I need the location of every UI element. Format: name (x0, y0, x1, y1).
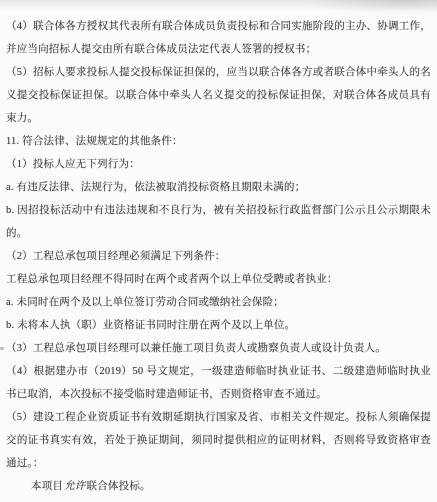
text-line: 义提交投标保证担保。以联合体中牵头人名义提交的投标保证担保，对联合体各成员具有约 (6, 84, 431, 107)
clause-heading: 11. 符合法律、法规规定的其他条件： (6, 130, 431, 153)
scan-smudge-corner (307, 0, 437, 15)
list-item: a. 未同时在两个及以上单位签订劳动合同或缴纳社会保险； (6, 291, 431, 314)
document-page: （4）联合体各方授权其代表所有联合体成员负责投标和合同实施阶段的主办、协调工作，… (0, 0, 437, 502)
closing-suffix: 联合体投标。 (87, 481, 151, 492)
scan-speck (0, 347, 4, 350)
closing-prefix: 本项目 (31, 481, 63, 492)
clause-subheading: （4）根据建办市（2019）50 号文规定，一级建造师临时执业证书、二级建造师临… (6, 360, 431, 383)
list-item: b. 未将本人执（职）业资格证书同时注册在两个及以上单位。 (6, 314, 431, 337)
text-line: 的。 (6, 222, 431, 245)
text-line: 并应当向招标人提交由所有联合体成员法定代表人签署的授权书； (6, 38, 431, 61)
text-line: 交的证书真实有效，若处于换证期间，须同时提供相应的证明材料，否则将导致资格审查不 (6, 429, 431, 452)
text-line: 书已取消，本次投标不接受临时建造师证书，否则资格审查不通过。 (6, 383, 431, 406)
closing-line: 本项目允许联合体投标。 (6, 475, 431, 498)
list-item: b. 因招投标活动中有违法违规和不良行为，被有关招投标行政监督部门公示且公示期限… (6, 199, 431, 222)
scan-smudge-top (0, 0, 437, 11)
text-line: 通过。： (6, 452, 431, 475)
list-item: a. 有违反法律、法规行为，依法被取消投标资格且期限未满的； (6, 176, 431, 199)
clause-subheading: （2）工程总承包项目经理必须满足下列条件： (6, 245, 431, 268)
clause-subheading: （5）建设工程企业资质证书有效期延期执行国家及省、市相关文件规定。投标人须确保提 (6, 406, 431, 429)
text-line: 工程总承包项目经理不得同时在两个或者两个以上单位受聘或者执业： (6, 268, 431, 291)
text-line: （5）招标人要求投标人提交投标保证担保的，应当以联合体各方或者联合体中牵头人的名 (6, 61, 431, 84)
clause-subheading: （3）工程总承包项目经理可以兼任施工项目负责人或勘察负责人或设计负责人。 (6, 337, 431, 360)
text-line: 束力。 (6, 107, 431, 130)
text-line: （4）联合体各方授权其代表所有联合体成员负责投标和合同实施阶段的主办、协调工作， (6, 15, 431, 38)
closing-emphasis: 允许 (63, 481, 86, 492)
clause-subheading: （1）投标人应无下列行为： (6, 153, 431, 176)
